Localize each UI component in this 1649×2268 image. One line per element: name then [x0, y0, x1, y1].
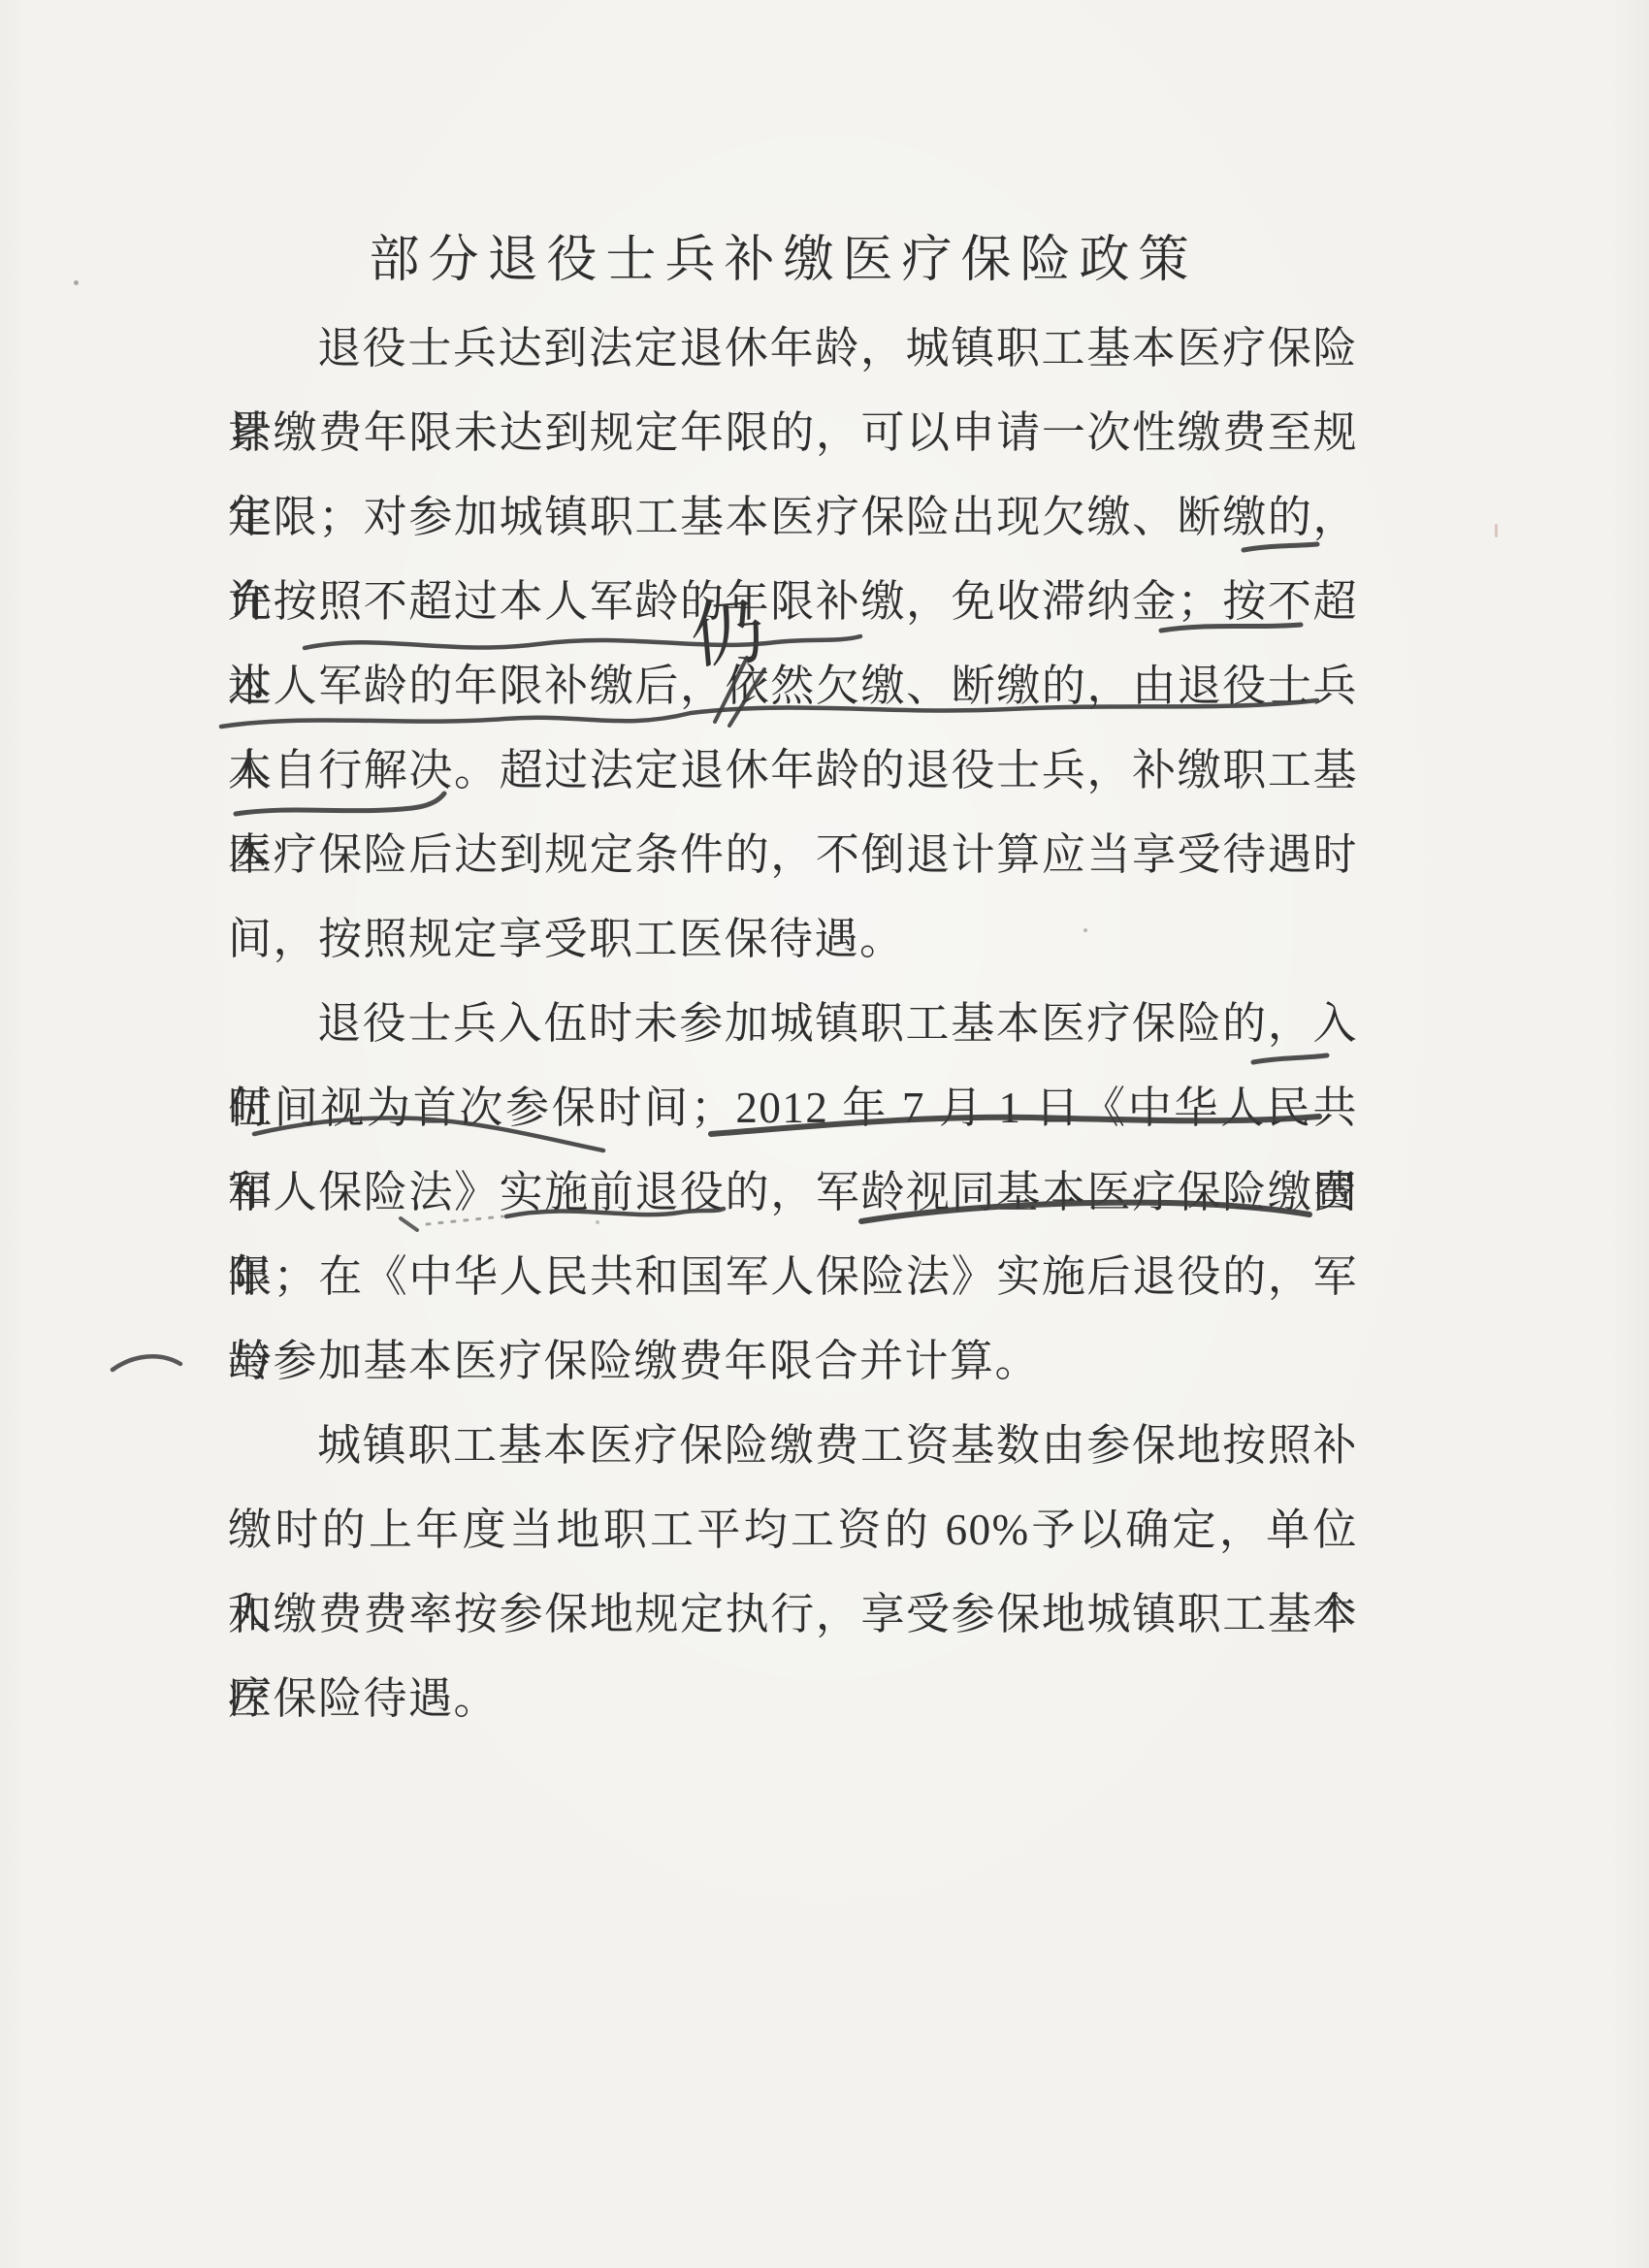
- text-line: 限；在《中华人民共和国军人保险法》实施后退役的，军龄: [228, 1235, 1358, 1319]
- text-line: 年限；对参加城镇职工基本医疗保险出现欠缴、断缴的，允: [228, 475, 1358, 560]
- text-line: 时间视为首次参保时间；2012 年 7 月 1 日《中华人民共和国: [228, 1066, 1358, 1150]
- text-line: 退役士兵达到法定退休年龄，城镇职工基本医疗保险累: [228, 307, 1358, 391]
- scanned-document-page: 部分退役士兵补缴医疗保险政策 退役士兵达到法定退休年龄，城镇职工基本医疗保险累计…: [0, 0, 1649, 2268]
- text-line: 退役士兵入伍时未参加城镇职工基本医疗保险的，入伍: [228, 982, 1358, 1066]
- text-line: 计缴费年限未达到规定年限的，可以申请一次性缴费至规定: [228, 391, 1358, 475]
- document-body: 退役士兵达到法定退休年龄，城镇职工基本医疗保险累计缴费年限未达到规定年限的，可以…: [0, 0, 1649, 2268]
- text-line: 与参加基本医疗保险缴费年限合并计算。: [228, 1319, 1358, 1404]
- text-line: 军人保险法》实施前退役的，军龄视同基本医疗保险缴费年: [228, 1150, 1358, 1235]
- text-line: 医疗保险后达到规定条件的，不倒退计算应当享受待遇时: [228, 813, 1358, 897]
- text-line: 疗保险待遇。: [228, 1657, 1358, 1741]
- handwritten-correction-char: 仍: [688, 595, 767, 674]
- text-line: 缴时的上年度当地职工平均工资的 60%予以确定，单位和个: [228, 1488, 1358, 1572]
- scan-speck: [1083, 928, 1087, 932]
- text-line: 城镇职工基本医疗保险缴费工资基数由参保地按照补: [228, 1404, 1358, 1488]
- text-line: 人自行解决。超过法定退休年龄的退役士兵，补缴职工基本: [228, 729, 1358, 813]
- text-line: 许按照不超过本人军龄的年限补缴，免收滞纳金；按不超过: [228, 560, 1358, 644]
- text-segment: 本人军龄的年限补缴后，: [228, 662, 726, 710]
- text-line: 人缴费费率按参保地规定执行，享受参保地城镇职工基本医: [228, 1572, 1358, 1657]
- scan-speck: [1495, 524, 1498, 537]
- scan-speck: [596, 1220, 599, 1224]
- text-line: 间，按照规定享受职工医保待遇。: [228, 897, 1358, 982]
- scan-speck: [74, 280, 79, 285]
- text-line: 本人军龄的年限补缴后，依然欠缴、断缴的，由退役士兵本: [228, 644, 1358, 729]
